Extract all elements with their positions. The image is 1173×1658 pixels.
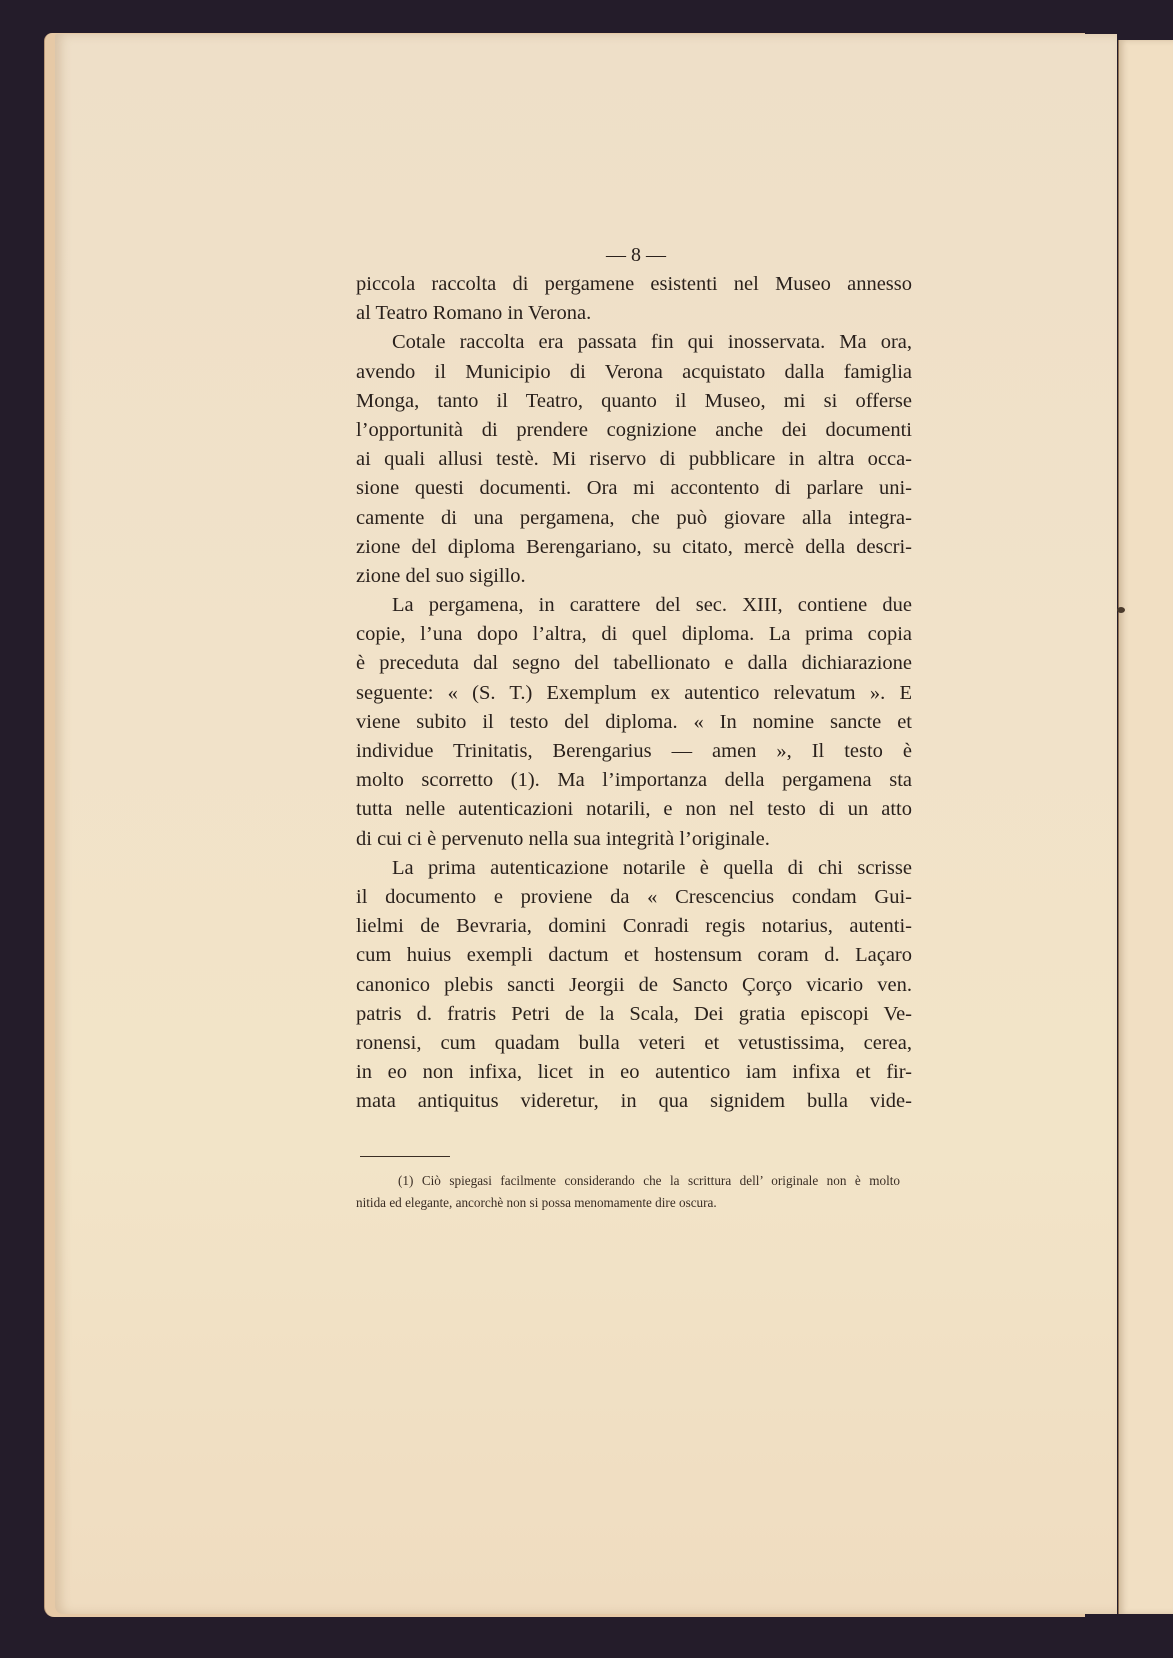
text-line: in eo non infixa, licet in eo autentico … — [356, 1058, 912, 1087]
footnote: (1) Ciò spiegasi facilmente considerando… — [356, 1170, 900, 1214]
text-line: il documento e proviene da « Crescencius… — [356, 883, 912, 912]
text-line: cum huius exempli dactum et hostensum co… — [356, 941, 912, 970]
text-line: Monga, tanto il Teatro, quanto il Museo,… — [356, 387, 912, 416]
text-line: canonico plebis sancti Jeorgii de Sancto… — [356, 971, 912, 1000]
text-line: ai quali allusi testè. Mi riservo di pub… — [356, 445, 912, 474]
text-line: seguente: « (S. T.) Exemplum ex autentic… — [356, 679, 912, 708]
text-line: avendo il Municipio di Verona acquistato… — [356, 358, 912, 387]
footnote-line: (1) Ciò spiegasi facilmente considerando… — [356, 1170, 900, 1192]
text-line: molto scorretto (1). Ma l’importanza del… — [356, 766, 912, 795]
text-line: La pergamena, in carattere del sec. XIII… — [356, 591, 912, 620]
text-line: ronensi, cum quadam bulla veteri et vetu… — [356, 1029, 912, 1058]
page-number: — 8 — — [360, 240, 912, 270]
footnote-rule — [360, 1156, 450, 1157]
text-line: sione questi documenti. Ora mi accontent… — [356, 474, 912, 503]
text-line: Cotale raccolta era passata fin qui inos… — [356, 328, 912, 357]
text-line: viene subito il testo del diploma. « In … — [356, 708, 912, 737]
text-line: copie, l’una dopo l’altra, di quel diplo… — [356, 620, 912, 649]
text-line: patris d. fratris Petri de la Scala, Dei… — [356, 1000, 912, 1029]
text-line: zione del suo sigillo. — [356, 562, 912, 591]
text-line: tutta nelle autenticazioni notarili, e n… — [356, 795, 912, 824]
text-line: piccola raccolta di pergamene esistenti … — [356, 270, 912, 299]
text-line: individue Trinitatis, Berengarius — amen… — [356, 737, 912, 766]
paper-blemish — [1117, 607, 1125, 613]
next-page-edge — [1118, 40, 1173, 1614]
text-line: di cui ci è pervenuto nella sua integrit… — [356, 825, 912, 854]
text-line: mata antiquitus videretur, in qua signid… — [356, 1087, 912, 1116]
text-line: al Teatro Romano in Verona. — [356, 299, 912, 328]
text-line: zione del diploma Berengariano, su citat… — [356, 533, 912, 562]
footnote-line: nitida ed elegante, ancorchè non si poss… — [356, 1192, 900, 1214]
text-line: è preceduta dal segno del tabellionato e… — [356, 649, 912, 678]
text-line: lielmi de Bevraria, domini Conradi regis… — [356, 912, 912, 941]
text-line: l’opportunità di prendere cognizione anc… — [356, 416, 912, 445]
text-line: camente di una pergamena, che può giovar… — [356, 504, 912, 533]
text-line: La prima autenticazione notarile è quell… — [356, 854, 912, 883]
page-text: — 8 — piccola raccolta di pergamene esis… — [356, 240, 912, 1116]
body-text: piccola raccolta di pergamene esistenti … — [356, 270, 912, 1116]
